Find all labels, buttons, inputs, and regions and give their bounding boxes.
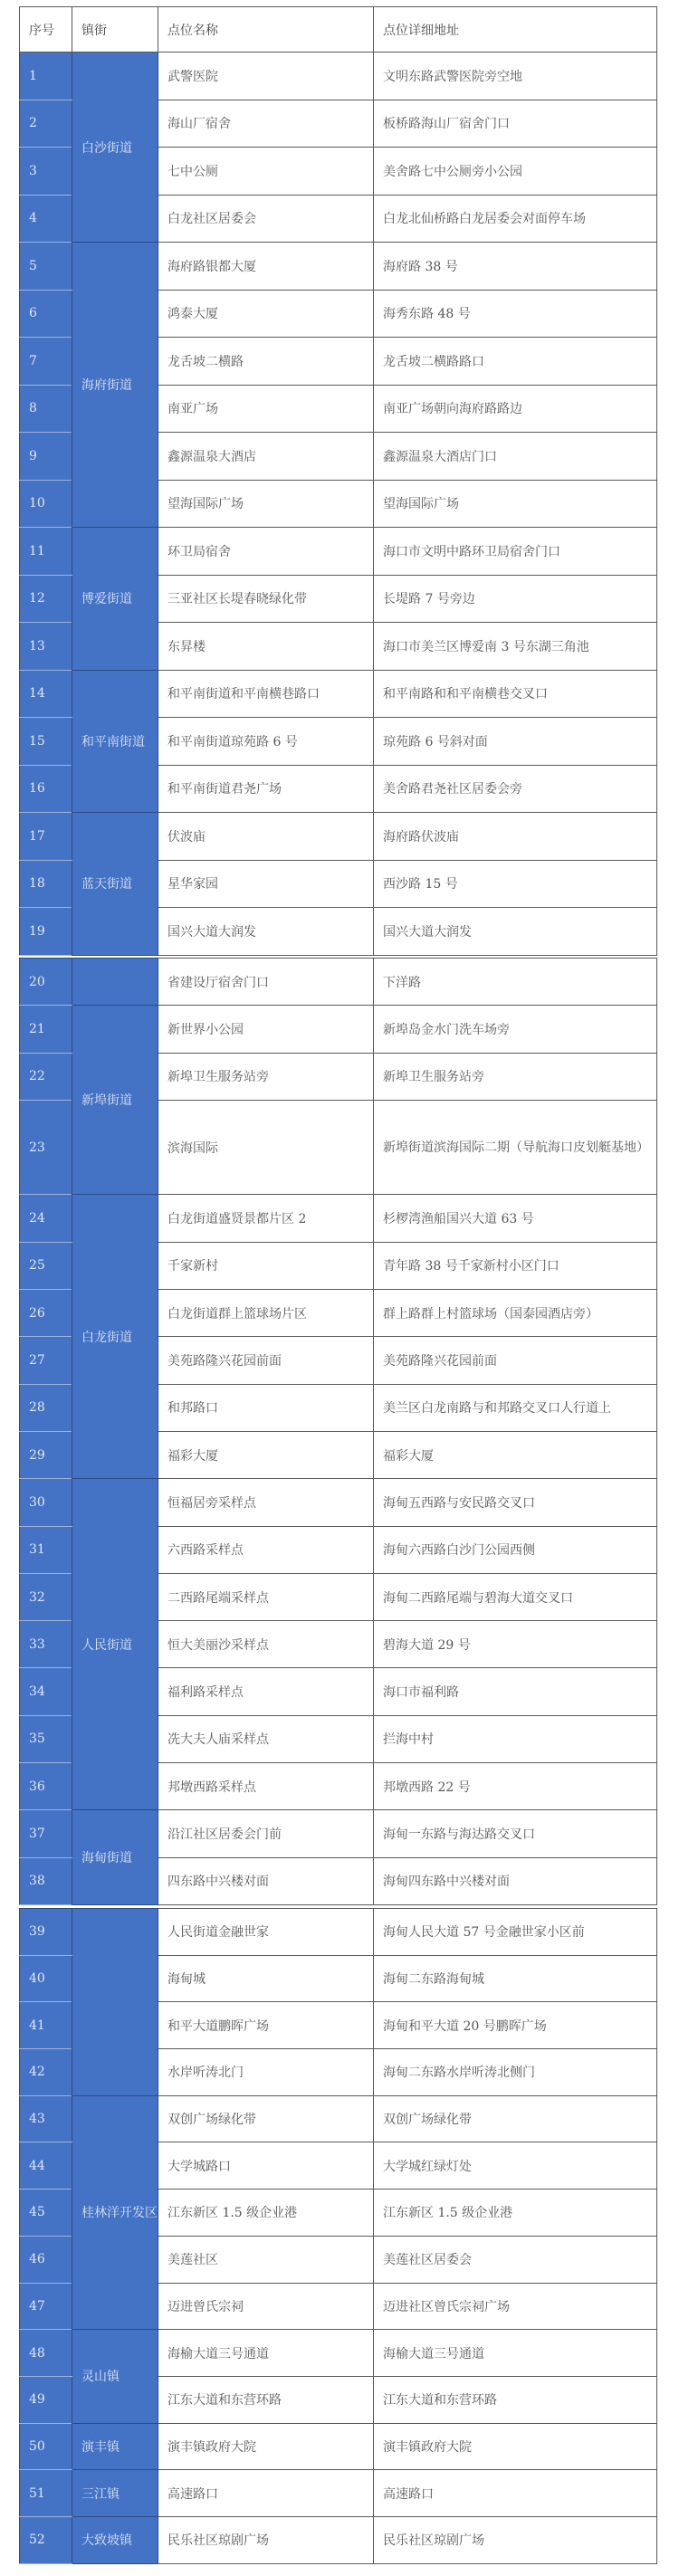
row-index: 50 <box>20 2423 72 2470</box>
town-cell: 海甸街道 <box>72 1810 158 1905</box>
point-name: 恒福居旁采样点 <box>158 1479 374 1526</box>
point-name: 人民街道金融世家 <box>158 1909 374 1956</box>
table-row: 43桂林洋开发区双创广场绿化带双创广场绿化带 <box>20 2095 657 2142</box>
row-index: 14 <box>20 670 72 718</box>
point-address: 青年路 38 号千家新村小区门口 <box>374 1242 657 1289</box>
point-address: 双创广场绿化带 <box>374 2095 657 2142</box>
point-name: 南亚广场 <box>158 385 374 433</box>
point-name: 环卫局宿舍 <box>158 528 374 576</box>
point-name: 龙舌坡二横路 <box>158 338 374 386</box>
point-name: 演丰镇政府大院 <box>158 2423 374 2470</box>
point-address: 江东大道和东营环路 <box>374 2376 657 2423</box>
point-name: 大学城路口 <box>158 2142 374 2190</box>
row-index: 20 <box>20 959 72 1006</box>
sampling-points-table-1: 序号 镇街 点位名称 点位详细地址 1白沙街道武警医院文明东路武警医院旁空地2海… <box>19 6 657 956</box>
point-name: 鸿泰大厦 <box>158 290 374 338</box>
row-index: 49 <box>20 2376 72 2423</box>
point-name: 新世界小公园 <box>158 1006 374 1053</box>
point-name: 民乐社区琼剧广场 <box>158 2516 374 2563</box>
point-name: 福彩大厦 <box>158 1431 374 1478</box>
table-section-3: 39人民街道金融世家海甸人民大道 57 号金融世家小区前40海甸城海甸二东路海甸… <box>19 1908 656 2564</box>
point-address: 新埠岛金水门洗车场旁 <box>374 1006 657 1053</box>
point-address: 碧海大道 29 号 <box>374 1621 657 1668</box>
point-name: 二西路尾端采样点 <box>158 1573 374 1620</box>
row-index: 19 <box>20 908 72 956</box>
row-index: 13 <box>20 623 72 671</box>
point-address: 海榆大道三号通道 <box>374 2330 657 2377</box>
town-cell: 新埠街道 <box>72 1006 158 1195</box>
point-address: 长堤路 7 号旁边 <box>374 575 657 623</box>
point-address: 鑫源温泉大酒店门口 <box>374 433 657 481</box>
row-index: 5 <box>20 243 72 291</box>
row-index: 46 <box>20 2236 72 2283</box>
point-address: 新埠卫生服务站旁 <box>374 1053 657 1100</box>
point-address: 海府路伏波庙 <box>374 813 657 861</box>
point-address: 美兰区白龙南路与和邦路交叉口人行道上 <box>374 1384 657 1431</box>
point-name: 冼大夫人庙采样点 <box>158 1715 374 1762</box>
point-name: 美莲社区 <box>158 2236 374 2283</box>
town-cell: 桂林洋开发区 <box>72 2095 158 2329</box>
row-index: 4 <box>20 195 72 243</box>
town-cell: 白沙街道 <box>72 52 158 243</box>
row-index: 52 <box>20 2516 72 2563</box>
point-name: 海榆大道三号通道 <box>158 2330 374 2377</box>
point-address: 杉椤湾渔船国兴大道 63 号 <box>374 1195 657 1242</box>
row-index: 42 <box>20 2049 72 2096</box>
point-address: 海甸二东路海甸城 <box>374 1955 657 2002</box>
point-address: 美莲社区居委会 <box>374 2236 657 2283</box>
row-index: 33 <box>20 1621 72 1668</box>
point-name: 武警医院 <box>158 52 374 100</box>
row-index: 22 <box>20 1053 72 1100</box>
table-body: 20省建设厅宿舍门口下洋路21新埠街道新世界小公园新埠岛金水门洗车场旁22新埠卫… <box>20 959 657 1905</box>
row-index: 23 <box>20 1100 72 1195</box>
row-index: 32 <box>20 1573 72 1620</box>
point-name: 望海国际广场 <box>158 480 374 528</box>
table-section-2: 20省建设厅宿舍门口下洋路21新埠街道新世界小公园新埠岛金水门洗车场旁22新埠卫… <box>19 958 656 1905</box>
point-name: 三亚社区长堤春晓绿化带 <box>158 575 374 623</box>
table-row: 17蓝天街道伏波庙海府路伏波庙 <box>20 813 657 861</box>
table-row: 14和平南街道和平南街道和平南横巷路口和平南路和和平南横巷交叉口 <box>20 670 657 718</box>
point-name: 四东路中兴楼对面 <box>158 1857 374 1904</box>
point-name: 东昇楼 <box>158 623 374 671</box>
point-address: 海甸五西路与安民路交叉口 <box>374 1479 657 1526</box>
point-name: 白龙街道群上篮球场片区 <box>158 1290 374 1337</box>
point-address: 迈进社区曾氏宗祠广场 <box>374 2283 657 2330</box>
header-index: 序号 <box>20 7 72 52</box>
row-index: 15 <box>20 718 72 766</box>
point-address: 新埠街道滨海国际二期（导航海口皮划艇基地） <box>374 1100 657 1195</box>
point-address: 南亚广场朝向海府路路边 <box>374 385 657 433</box>
row-index: 34 <box>20 1668 72 1715</box>
row-index: 47 <box>20 2283 72 2330</box>
point-name: 双创广场绿化带 <box>158 2095 374 2142</box>
table-row: 11博爱街道环卫局宿舍海口市文明中路环卫局宿舍门口 <box>20 528 657 576</box>
point-name: 和平大道鹏晖广场 <box>158 2002 374 2049</box>
point-name: 美苑路隆兴花园前面 <box>158 1337 374 1384</box>
point-address: 琼苑路 6 号斜对面 <box>374 718 657 766</box>
town-cell <box>72 959 158 1006</box>
point-address: 国兴大道大润发 <box>374 908 657 956</box>
town-cell: 蓝天街道 <box>72 813 158 956</box>
town-cell: 白龙街道 <box>72 1195 158 1479</box>
point-name: 伏波庙 <box>158 813 374 861</box>
sampling-points-table-2: 20省建设厅宿舍门口下洋路21新埠街道新世界小公园新埠岛金水门洗车场旁22新埠卫… <box>19 958 657 1905</box>
table-row: 51三江镇高速路口高速路口 <box>20 2470 657 2517</box>
point-name: 鑫源温泉大酒店 <box>158 433 374 481</box>
row-index: 44 <box>20 2142 72 2190</box>
row-index: 35 <box>20 1715 72 1762</box>
point-address: 海甸人民大道 57 号金融世家小区前 <box>374 1909 657 1956</box>
row-index: 45 <box>20 2190 72 2237</box>
town-cell: 和平南街道 <box>72 670 158 813</box>
point-address: 民乐社区琼剧广场 <box>374 2516 657 2563</box>
point-address: 海甸和平大道 20 号鹏晖广场 <box>374 2002 657 2049</box>
point-name: 和平南街道君尧广场 <box>158 765 374 813</box>
point-name: 国兴大道大润发 <box>158 908 374 956</box>
point-address: 望海国际广场 <box>374 480 657 528</box>
row-index: 39 <box>20 1909 72 1956</box>
point-name: 和平南街道琼苑路 6 号 <box>158 718 374 766</box>
town-cell: 海府街道 <box>72 243 158 528</box>
point-name: 省建设厅宿舍门口 <box>158 959 374 1006</box>
table-row: 1白沙街道武警医院文明东路武警医院旁空地 <box>20 52 657 100</box>
table-section-1: 序号 镇街 点位名称 点位详细地址 1白沙街道武警医院文明东路武警医院旁空地2海… <box>19 6 656 956</box>
table-row: 52大致坡镇民乐社区琼剧广场民乐社区琼剧广场 <box>20 2516 657 2563</box>
town-cell: 人民街道 <box>72 1479 158 1810</box>
row-index: 9 <box>20 433 72 481</box>
row-index: 38 <box>20 1857 72 1904</box>
point-name: 白龙街道盛贤景都片区 2 <box>158 1195 374 1242</box>
row-index: 6 <box>20 290 72 338</box>
row-index: 18 <box>20 860 72 908</box>
point-name: 沿江社区居委会门前 <box>158 1810 374 1857</box>
point-address: 美苑路隆兴花园前面 <box>374 1337 657 1384</box>
town-cell <box>72 1909 158 2096</box>
row-index: 2 <box>20 100 72 148</box>
point-address: 演丰镇政府大院 <box>374 2423 657 2470</box>
point-address: 海甸四东路中兴楼对面 <box>374 1857 657 1904</box>
point-address: 海口市文明中路环卫局宿舍门口 <box>374 528 657 576</box>
row-index: 21 <box>20 1006 72 1053</box>
point-name: 和平南街道和平南横巷路口 <box>158 670 374 718</box>
town-cell: 三江镇 <box>72 2470 158 2517</box>
table-row: 24白龙街道白龙街道盛贤景都片区 2杉椤湾渔船国兴大道 63 号 <box>20 1195 657 1242</box>
table-header-row: 序号 镇街 点位名称 点位详细地址 <box>20 7 657 52</box>
point-name: 邦墩西路采样点 <box>158 1763 374 1810</box>
table-row: 37海甸街道沿江社区居委会门前海甸一东路与海达路交叉口 <box>20 1810 657 1857</box>
header-point-name: 点位名称 <box>158 7 374 52</box>
table-body: 1白沙街道武警医院文明东路武警医院旁空地2海山厂宿舍板桥路海山厂宿舍门口3七中公… <box>20 52 657 956</box>
row-index: 37 <box>20 1810 72 1857</box>
point-name: 恒大美丽沙采样点 <box>158 1621 374 1668</box>
point-name: 白龙社区居委会 <box>158 195 374 243</box>
point-address: 海府路 38 号 <box>374 243 657 291</box>
point-address: 美舍路七中公厕旁小公园 <box>374 148 657 196</box>
table-row: 30人民街道恒福居旁采样点海甸五西路与安民路交叉口 <box>20 1479 657 1526</box>
row-index: 24 <box>20 1195 72 1242</box>
point-address: 文明东路武警医院旁空地 <box>374 52 657 100</box>
point-name: 海山厂宿舍 <box>158 100 374 148</box>
point-address: 大学城红绿灯处 <box>374 2142 657 2190</box>
point-address: 高速路口 <box>374 2470 657 2517</box>
header-point-address: 点位详细地址 <box>374 7 657 52</box>
table-body: 39人民街道金融世家海甸人民大道 57 号金融世家小区前40海甸城海甸二东路海甸… <box>20 1909 657 2564</box>
row-index: 48 <box>20 2330 72 2377</box>
point-name: 千家新村 <box>158 1242 374 1289</box>
row-index: 30 <box>20 1479 72 1526</box>
point-address: 海口市美兰区博爱南 3 号东湖三角池 <box>374 623 657 671</box>
point-name: 海府路银都大厦 <box>158 243 374 291</box>
point-address: 海甸六西路白沙门公园西侧 <box>374 1526 657 1573</box>
row-index: 27 <box>20 1337 72 1384</box>
row-index: 51 <box>20 2470 72 2517</box>
point-address: 群上路群上村篮球场（国泰园酒店旁） <box>374 1290 657 1337</box>
table-row: 39人民街道金融世家海甸人民大道 57 号金融世家小区前 <box>20 1909 657 1956</box>
header-town: 镇街 <box>72 7 158 52</box>
point-name: 和邦路口 <box>158 1384 374 1431</box>
point-name: 迈进曾氏宗祠 <box>158 2283 374 2330</box>
point-address: 邦墩西路 22 号 <box>374 1763 657 1810</box>
row-index: 10 <box>20 480 72 528</box>
row-index: 25 <box>20 1242 72 1289</box>
point-address: 海口市福利路 <box>374 1668 657 1715</box>
row-index: 12 <box>20 575 72 623</box>
row-index: 43 <box>20 2095 72 2142</box>
row-index: 8 <box>20 385 72 433</box>
town-cell: 博爱街道 <box>72 528 158 671</box>
point-address: 和平南路和和平南横巷交叉口 <box>374 670 657 718</box>
point-address: 美舍路君尧社区居委会旁 <box>374 765 657 813</box>
point-name: 海甸城 <box>158 1955 374 2002</box>
table-row: 20省建设厅宿舍门口下洋路 <box>20 959 657 1006</box>
row-index: 40 <box>20 1955 72 2002</box>
point-name: 江东新区 1.5 级企业港 <box>158 2190 374 2237</box>
town-cell: 演丰镇 <box>72 2423 158 2470</box>
point-address: 西沙路 15 号 <box>374 860 657 908</box>
row-index: 17 <box>20 813 72 861</box>
point-name: 新埠卫生服务站旁 <box>158 1053 374 1100</box>
row-index: 29 <box>20 1431 72 1478</box>
point-name: 滨海国际 <box>158 1100 374 1195</box>
row-index: 1 <box>20 52 72 100</box>
point-address: 下洋路 <box>374 959 657 1006</box>
row-index: 28 <box>20 1384 72 1431</box>
point-name: 星华家园 <box>158 860 374 908</box>
row-index: 3 <box>20 148 72 196</box>
table-row: 50演丰镇演丰镇政府大院演丰镇政府大院 <box>20 2423 657 2470</box>
point-name: 水岸听涛北门 <box>158 2049 374 2096</box>
point-address: 龙舌坡二横路路口 <box>374 338 657 386</box>
table-row: 5海府街道海府路银都大厦海府路 38 号 <box>20 243 657 291</box>
point-address: 海甸一东路与海达路交叉口 <box>374 1810 657 1857</box>
table-row: 48灵山镇海榆大道三号通道海榆大道三号通道 <box>20 2330 657 2377</box>
point-name: 六西路采样点 <box>158 1526 374 1573</box>
point-address: 海甸二东路水岸听涛北侧门 <box>374 2049 657 2096</box>
point-address: 海秀东路 48 号 <box>374 290 657 338</box>
point-name: 七中公厕 <box>158 148 374 196</box>
point-name: 江东大道和东营环路 <box>158 2376 374 2423</box>
table-row: 21新埠街道新世界小公园新埠岛金水门洗车场旁 <box>20 1006 657 1053</box>
row-index: 31 <box>20 1526 72 1573</box>
town-cell: 灵山镇 <box>72 2330 158 2423</box>
row-index: 26 <box>20 1290 72 1337</box>
row-index: 11 <box>20 528 72 576</box>
point-name: 高速路口 <box>158 2470 374 2517</box>
point-address: 海甸二西路尾端与碧海大道交叉口 <box>374 1573 657 1620</box>
point-address: 白龙北仙桥路白龙居委会对面停车场 <box>374 195 657 243</box>
row-index: 7 <box>20 338 72 386</box>
row-index: 41 <box>20 2002 72 2049</box>
point-address: 福彩大厦 <box>374 1431 657 1478</box>
town-cell: 大致坡镇 <box>72 2516 158 2563</box>
point-address: 拦海中村 <box>374 1715 657 1762</box>
row-index: 16 <box>20 765 72 813</box>
row-index: 36 <box>20 1763 72 1810</box>
sampling-points-table-3: 39人民街道金融世家海甸人民大道 57 号金融世家小区前40海甸城海甸二东路海甸… <box>19 1908 657 2564</box>
point-address: 江东新区 1.5 级企业港 <box>374 2190 657 2237</box>
point-address: 板桥路海山厂宿舍门口 <box>374 100 657 148</box>
point-name: 福利路采样点 <box>158 1668 374 1715</box>
